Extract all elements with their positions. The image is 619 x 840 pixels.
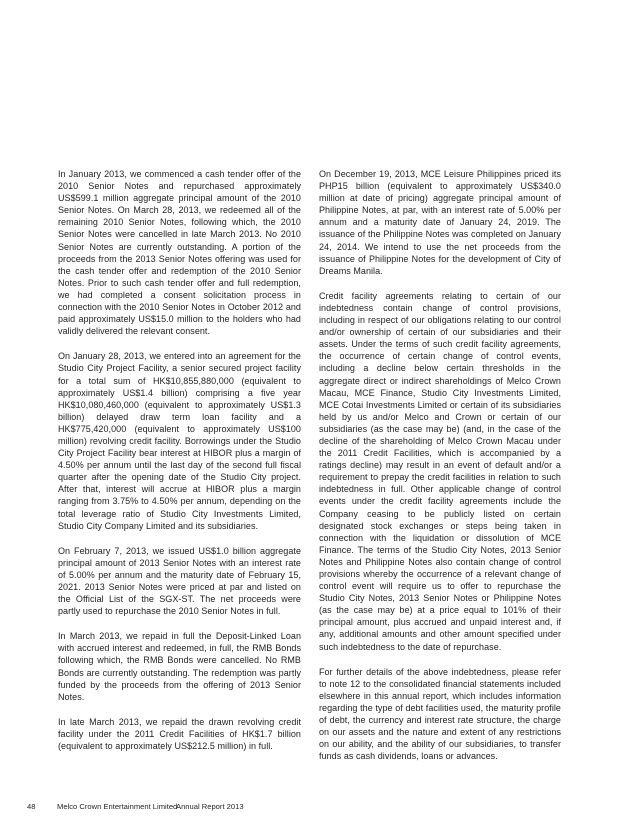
paragraph-left-2: On January 28, 2013, we entered into an …: [58, 350, 301, 531]
paragraph-right-2: Credit facility agreements relating to c…: [319, 290, 561, 653]
left-column: In January 2013, we commenced a cash ten…: [58, 168, 301, 765]
footer-report-title: Annual Report 2013: [176, 802, 244, 812]
document-page: In January 2013, we commenced a cash ten…: [0, 0, 619, 840]
paragraph-left-4: In March 2013, we repaid in full the Dep…: [58, 630, 301, 703]
footer-company-name: Melco Crown Entertainment Limited: [57, 802, 177, 812]
paragraph-left-3: On February 7, 2013, we issued US$1.0 bi…: [58, 545, 301, 618]
page-number: 48: [27, 802, 35, 812]
paragraph-right-1: On December 19, 2013, MCE Leisure Philip…: [319, 168, 561, 277]
paragraph-right-3: For further details of the above indebte…: [319, 666, 561, 763]
page-footer: 48 Melco Crown Entertainment Limited Ann…: [0, 802, 619, 814]
right-column: On December 19, 2013, MCE Leisure Philip…: [319, 168, 561, 775]
paragraph-left-5: In late March 2013, we repaid the drawn …: [58, 716, 301, 752]
paragraph-left-1: In January 2013, we commenced a cash ten…: [58, 168, 301, 337]
